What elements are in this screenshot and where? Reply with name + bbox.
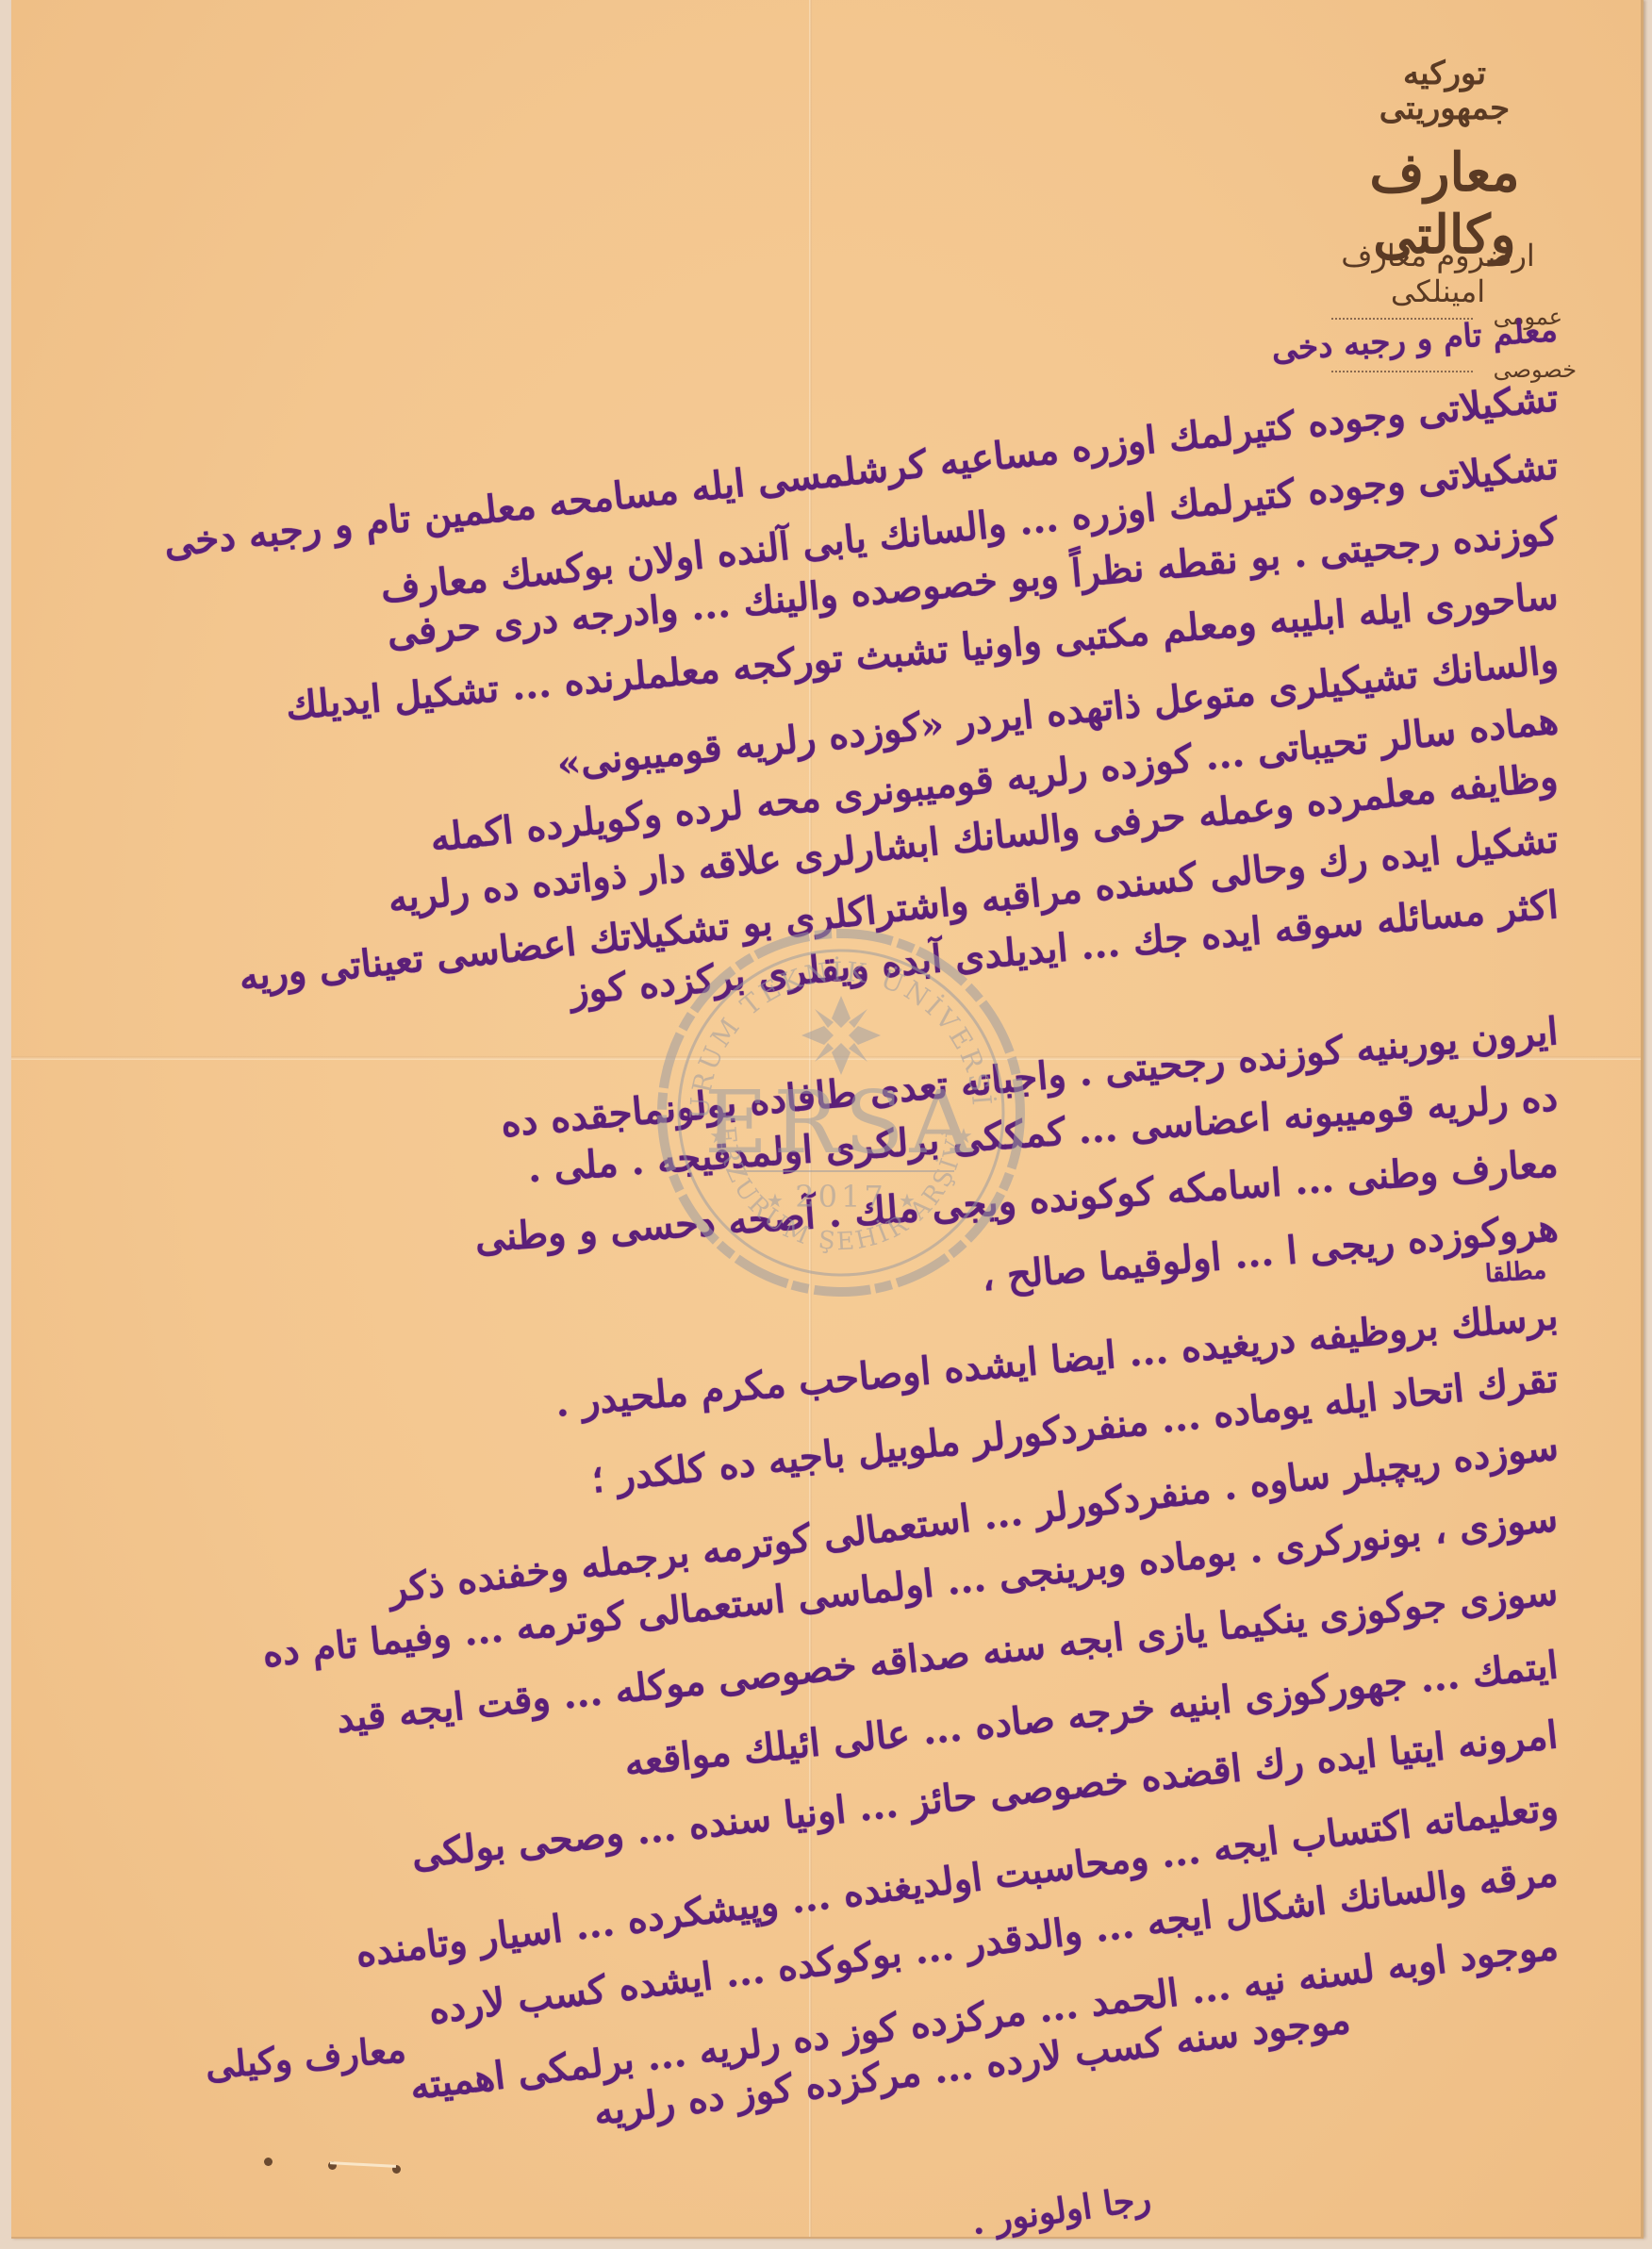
staple-hole [264, 2158, 273, 2166]
signature-title: معارف وكيلى [203, 2027, 407, 2087]
closing-salutation: رجا اولونور . [969, 2178, 1153, 2242]
document-paper: توركيه جمهوريتى معارف وكالتى ارضروم معار… [11, 0, 1644, 2239]
staple-mark [330, 2161, 396, 2168]
margin-note: مطلقا [1484, 1256, 1547, 1288]
letterhead-republic: توركيه جمهوريتى [1369, 57, 1520, 127]
field-private-dotted-line [1331, 371, 1473, 372]
snowflake-emblem-icon [801, 996, 881, 1075]
letterhead-directorate: ارضروم معارف امينلكى [1301, 238, 1575, 309]
